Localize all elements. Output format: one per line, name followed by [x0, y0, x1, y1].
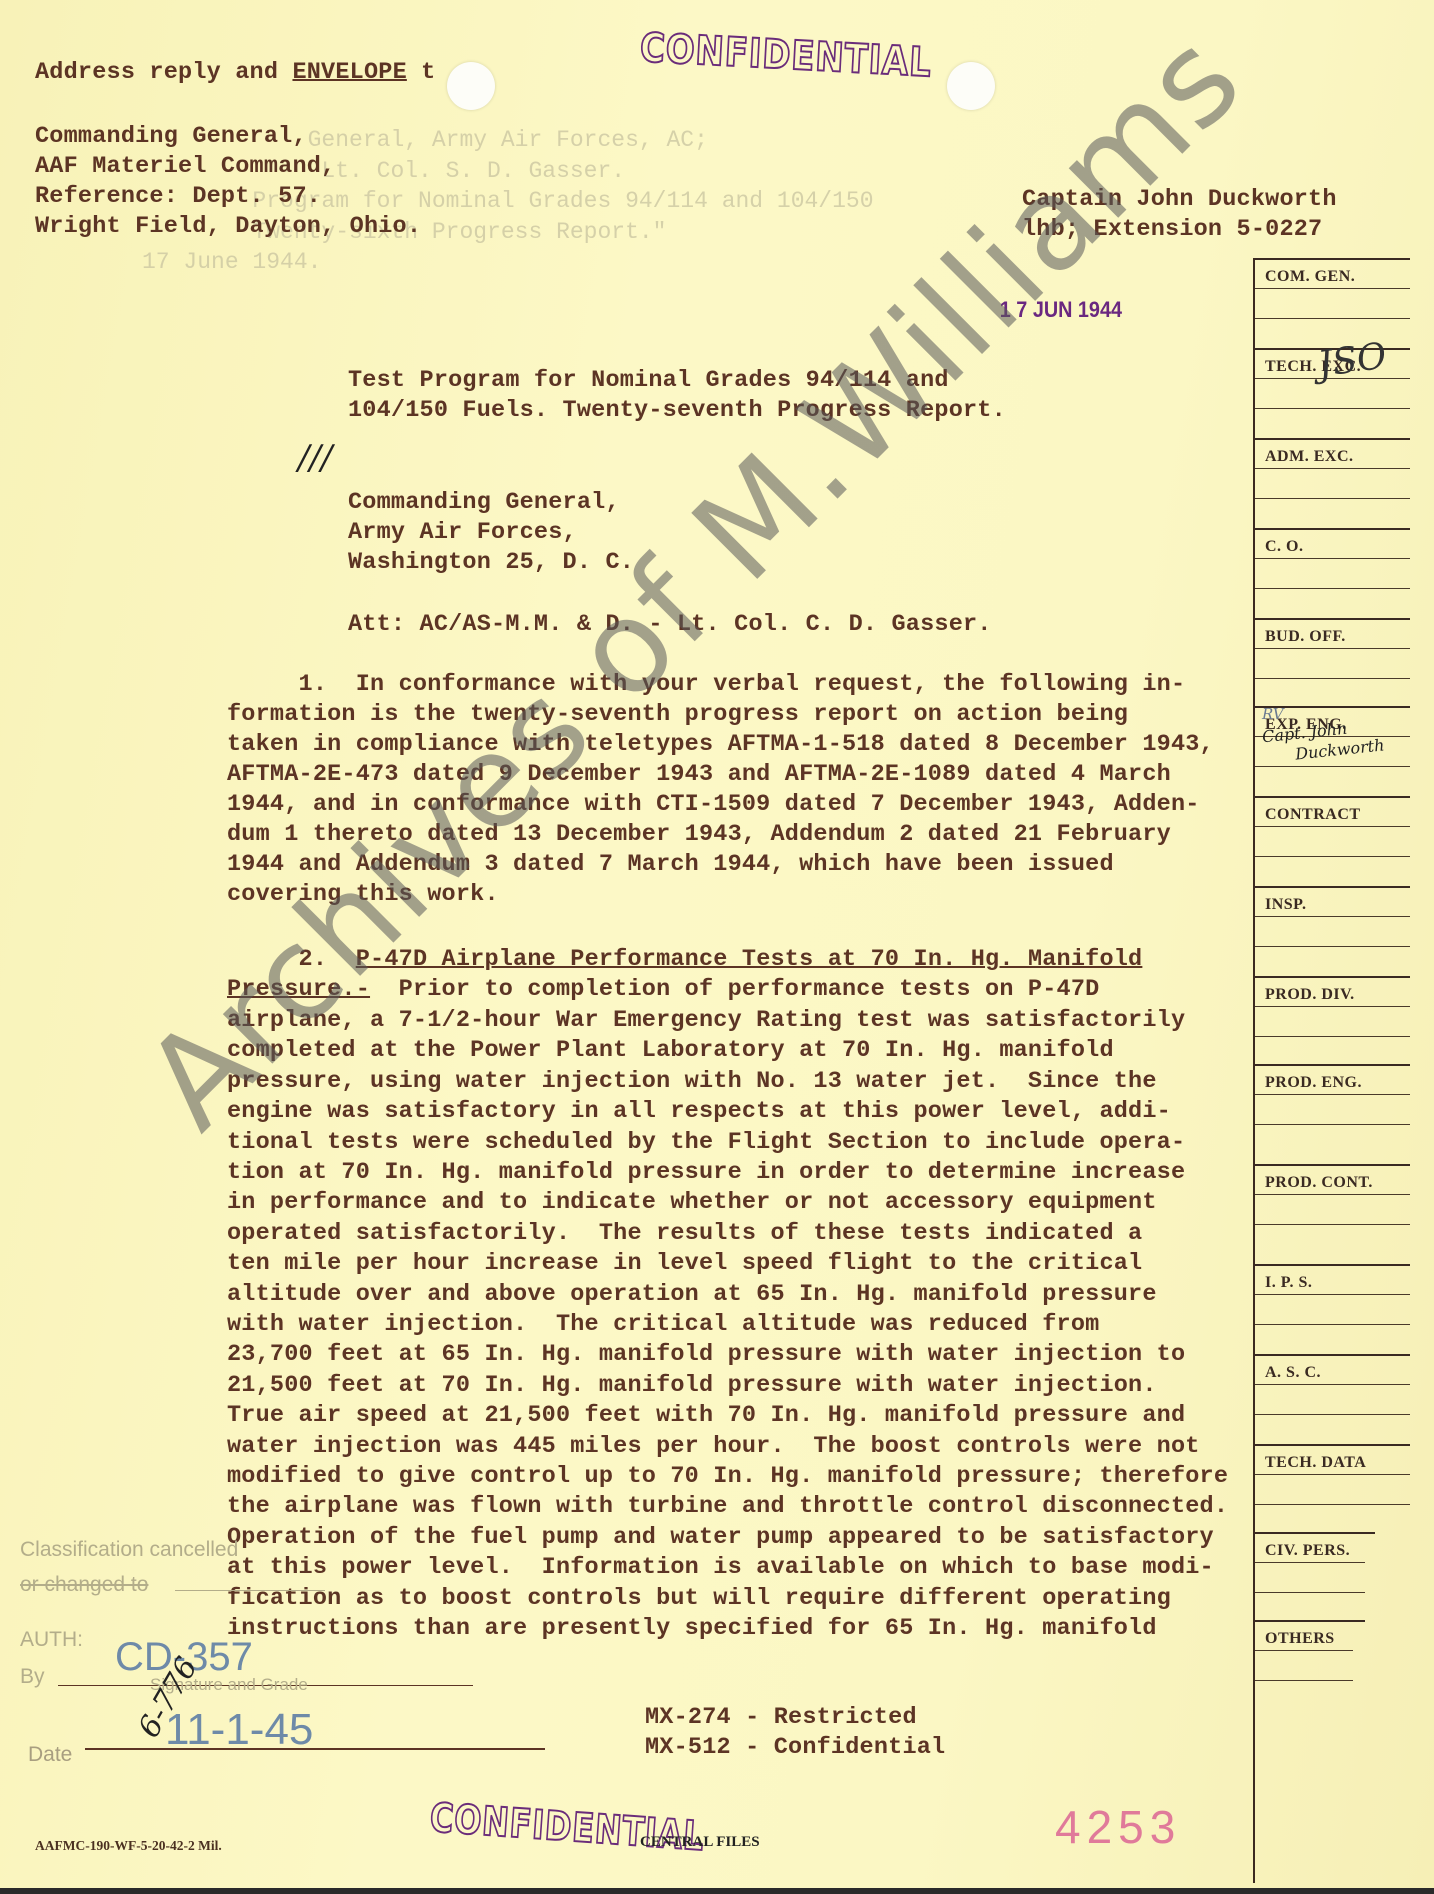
routing-rule: [1255, 528, 1410, 530]
routing-rule: [1255, 258, 1410, 260]
text-line: engine was satisfactory in all respects …: [227, 1097, 1171, 1128]
routing-rule: [1255, 946, 1410, 947]
routing-rule: [1255, 618, 1410, 620]
routing-label: PROD. ENG.: [1265, 1074, 1362, 1092]
routing-rule: [1255, 856, 1410, 857]
text-line: in performance and to indicate whether o…: [227, 1188, 1157, 1219]
routing-rule: [1255, 796, 1410, 798]
routing-label: A. S. C.: [1265, 1364, 1321, 1382]
date-value: 11-1-45: [165, 1705, 313, 1755]
text-line: 21,500 feet at 70 In. Hg. manifold press…: [227, 1371, 1157, 1402]
from-line: Wright Field, Dayton, Ohio.: [35, 212, 421, 243]
from-line: AAF Materiel Command,: [35, 152, 335, 183]
form-number: AAFMC-190-WF-5-20-42-2 Mil.: [35, 1838, 222, 1854]
text-line: the airplane was flown with turbine and …: [227, 1492, 1228, 1523]
routing-label: BUD. OFF.: [1265, 628, 1346, 646]
routing-rule: [1255, 1562, 1365, 1563]
date-line: [85, 1748, 545, 1750]
routing-label: OTHERS: [1265, 1630, 1335, 1648]
from-line: Commanding General,: [35, 122, 307, 153]
rule: [175, 1590, 325, 1591]
text-line: 23,700 feet at 65 In. Hg. manifold press…: [227, 1340, 1185, 1371]
routing-rule: [1255, 1532, 1375, 1534]
routing-rule: [1255, 1444, 1410, 1446]
routing-rule: [1255, 916, 1410, 917]
text-line: Operation of the fuel pump and water pum…: [227, 1523, 1214, 1554]
routing-label: C. O.: [1265, 538, 1304, 556]
routing-rule: [1255, 1650, 1353, 1651]
text-line: instructions than are presently specifie…: [227, 1614, 1157, 1645]
routing-rule: [1255, 1194, 1410, 1195]
routing-rule: [1255, 1414, 1410, 1415]
by-label: By: [20, 1665, 45, 1689]
routing-rule: [1255, 1164, 1410, 1166]
routing-rule: [1255, 498, 1410, 499]
text-line: airplane, a 7-1/2-hour War Emergency Rat…: [227, 1006, 1185, 1037]
addressee-line: Commanding General,: [348, 488, 620, 519]
routing-rule: [1255, 976, 1410, 978]
routing-label: COM. GEN.: [1265, 268, 1355, 286]
text-line: water injection was 445 miles per hour. …: [227, 1432, 1200, 1463]
routing-label: INSP.: [1265, 896, 1306, 914]
from-line: Reference: Dept. 57.: [35, 182, 321, 213]
routing-label: PROD. CONT.: [1265, 1174, 1373, 1192]
routing-slip: COM. GEN.TECH. EXC.ADM. EXC.C. O.BUD. OF…: [1253, 258, 1410, 1883]
classification-changed: or changed to: [20, 1573, 148, 1597]
routing-rule: [1255, 1324, 1410, 1325]
envelope-word: ENVELOPE: [292, 59, 406, 86]
addressee-line: Army Air Forces,: [348, 518, 577, 549]
routing-rule: [1255, 1094, 1410, 1095]
routing-rule: [1255, 1620, 1365, 1622]
routing-rule: [1255, 1124, 1410, 1125]
routing-label: CIV. PERS.: [1265, 1542, 1350, 1560]
text-line: 1. In conformance with your verbal reque…: [227, 670, 1185, 701]
text-line: operated satisfactorily. The results of …: [227, 1219, 1142, 1250]
routing-label: PROD. DIV.: [1265, 986, 1355, 1004]
distribution-line: MX-274 - Restricted: [645, 1703, 917, 1734]
routing-rule: [1255, 1036, 1410, 1037]
text-line: True air speed at 21,500 feet with 70 In…: [227, 1401, 1185, 1432]
routing-rule: [1255, 318, 1410, 319]
document-number: 4253: [1055, 1800, 1181, 1854]
distribution-line: MX-512 - Confidential: [645, 1733, 945, 1764]
text-line: fication as to boost controls but will r…: [227, 1584, 1171, 1615]
routing-rule: [1255, 408, 1410, 409]
auth-label: AUTH:: [20, 1628, 83, 1652]
text-line: completed at the Power Plant Laboratory …: [227, 1036, 1114, 1067]
routing-label: I. P. S.: [1265, 1274, 1312, 1292]
routing-rule: [1255, 438, 1410, 440]
text-line: formation is the twenty-seventh progress…: [227, 700, 1128, 731]
text-line: tional tests were scheduled by the Fligh…: [227, 1128, 1185, 1159]
routing-rule: [1255, 1224, 1410, 1225]
address-reply-line: Address reply and ENVELOPE t: [35, 58, 435, 89]
routing-label: CONTRACT: [1265, 806, 1361, 824]
routing-rule: [1255, 1384, 1410, 1385]
routing-rule: [1255, 1064, 1410, 1066]
date-label: Date: [28, 1743, 72, 1767]
routing-rule: [1255, 1264, 1410, 1266]
addressee-line: Washington 25, D. C.: [348, 548, 634, 579]
punch-hole: [947, 62, 995, 110]
text-line: pressure, using water injection with No.…: [227, 1067, 1157, 1098]
routing-label: ADM. EXC.: [1265, 448, 1354, 466]
routing-rule: [1255, 1354, 1410, 1356]
text-line: tion at 70 In. Hg. manifold pressure in …: [227, 1158, 1185, 1189]
routing-rule: [1255, 1680, 1353, 1681]
text-line: altitude over and above operation at 65 …: [227, 1280, 1157, 1311]
routing-rule: [1255, 468, 1410, 469]
routing-rule: [1255, 766, 1410, 767]
text-line: taken in compliance with teletypes AFTMA…: [227, 730, 1214, 761]
text-line: at this power level. Information is avai…: [227, 1553, 1214, 1584]
routing-rule: [1255, 1592, 1365, 1593]
text-line: modified to give control up to 70 In. Hg…: [227, 1462, 1228, 1493]
central-files-label: CENTRAL FILES: [640, 1834, 760, 1851]
punch-hole: [447, 62, 495, 110]
classification-label: Classification cancelled: [20, 1538, 238, 1562]
routing-rule: [1255, 886, 1410, 888]
routing-rule: [1255, 678, 1410, 679]
routing-rule: [1255, 1006, 1410, 1007]
routing-rule: [1255, 648, 1410, 649]
routing-rule: [1255, 1474, 1410, 1475]
text-line: with water injection. The critical altit…: [227, 1310, 1099, 1341]
routing-rule: [1255, 588, 1410, 589]
routing-rule: [1255, 1504, 1410, 1505]
routing-rule: [1255, 826, 1410, 827]
routing-label: TECH. DATA: [1265, 1454, 1366, 1472]
text-line: AFTMA-2E-473 dated 9 December 1943 and A…: [227, 760, 1171, 791]
exp-eng-note: RV: [1262, 705, 1284, 723]
routing-rule: [1255, 1294, 1410, 1295]
text-line: ten mile per hour increase in level spee…: [227, 1249, 1142, 1280]
routing-rule: [1255, 558, 1410, 559]
scan-edge: [0, 1888, 1434, 1894]
routing-rule: [1255, 288, 1410, 289]
margin-mark: ///: [298, 438, 332, 478]
